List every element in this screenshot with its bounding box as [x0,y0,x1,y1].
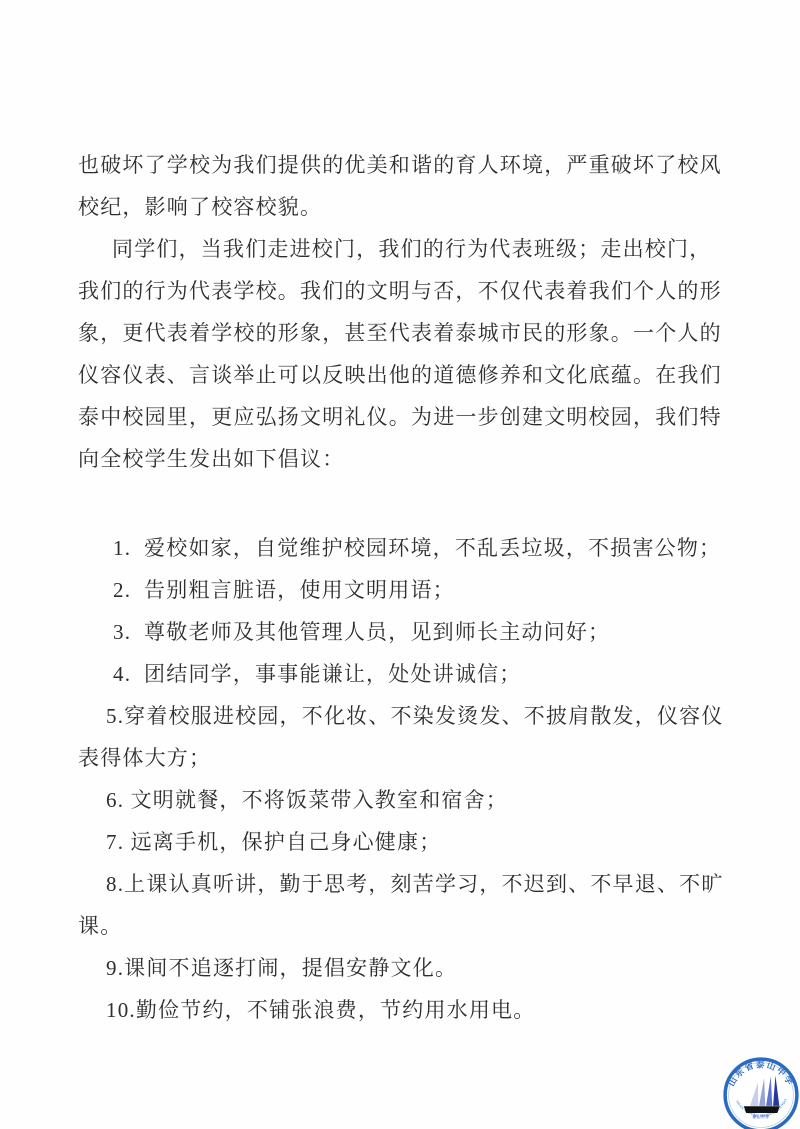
list-item-3: 3. 尊敬老师及其他管理人员，见到师长主动问好； [113,611,758,653]
list-item-5-wrap: 表得体大方； [78,737,758,779]
list-item-8-wrap: 课。 [78,905,758,947]
list-item-5: 5.穿着校服进校园，不化妆、不染发烫发、不披肩散发，仪容仪 [106,695,758,737]
school-logo-emblem: 山东省泰山中学 TAI SHAN MIDDLE SCHOOL SHANDONG … [722,1056,800,1129]
list-item-1: 1. 爱校如家，自觉维护校园环境，不乱丢垃圾，不损害公物； [113,527,758,569]
document-line: 仪容仪表、言谈举止可以反映出他的道德修养和文化底蕴。在我们 [78,354,758,396]
school-logo: 山东省泰山中学 TAI SHAN MIDDLE SCHOOL SHANDONG … [722,1056,800,1129]
list-item-2: 2. 告别粗言脏语，使用文明用语； [113,569,758,611]
document-page: 也破坏了学校为我们提供的优美和谐的育人环境，严重破坏了校风 校纪，影响了校容校貌… [0,0,800,1129]
document-line: 向全校学生发出如下倡议： [78,438,758,480]
list-item-7: 7. 远离手机，保护自己身心健康； [106,821,758,863]
list-item-4: 4. 团结同学，事事能谦让，处处讲诚信； [113,653,758,695]
list-item-10: 10.勤俭节约，不铺张浪费，节约用水用电。 [106,989,758,1031]
list-item-8: 8.上课认真听讲，勤于思考，刻苦学习，不迟到、不早退、不旷 [106,863,758,905]
document-line: 象，更代表着学校的形象，甚至代表着泰城市民的形象。一个人的 [78,312,758,354]
list-item-6: 6. 文明就餐，不将饭菜带入教室和宿舍； [106,779,758,821]
document-line: 我们的行为代表学校。我们的文明与否，不仅代表着我们个人的形 [78,270,758,312]
document-line: 同学们，当我们走进校门，我们的行为代表班级；走出校门， [112,228,758,270]
document-line: 校纪，影响了校容校貌。 [78,186,758,228]
document-text: 也破坏了学校为我们提供的优美和谐的育人环境，严重破坏了校风 校纪，影响了校容校貌… [78,144,758,1031]
document-line: 也破坏了学校为我们提供的优美和谐的育人环境，严重破坏了校风 [78,144,758,186]
document-line: 泰中校园里，更应弘扬文明礼仪。为进一步创建文明校园，我们特 [78,396,758,438]
list-item-9: 9.课间不追逐打闹，提倡安静文化。 [106,947,758,989]
logo-hull-text: 泰山中学 [751,1114,769,1119]
logo-hull [744,1106,780,1113]
